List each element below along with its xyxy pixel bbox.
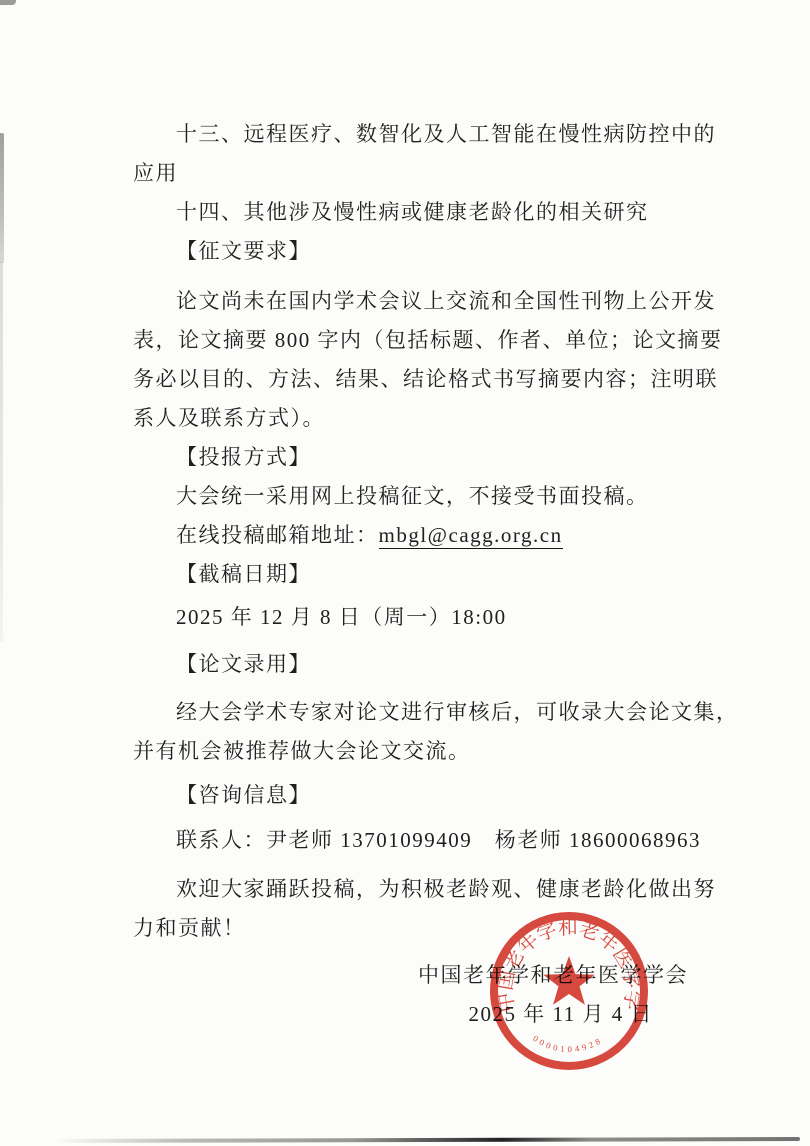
document-page: 十三、远程医疗、数智化及人工智能在慢性病防控中的应用十四、其他涉及慢性病或健康老… [0, 0, 810, 1146]
contact-line: 联系人：尹老师 13701099409 杨老师 18600068963 [133, 821, 713, 860]
text-line: 论文尚未在国内学术会议上交流和全国性刊物上公开发 [133, 282, 713, 321]
section-heading-submission: 【投报方式】 [133, 438, 713, 477]
email-line: 在线投稿邮箱地址：mbgl@cagg.org.cn [133, 516, 713, 555]
text-line: 并有机会被推荐做大会论文交流。 [133, 732, 713, 771]
scan-artifact-corner [0, 0, 16, 5]
document-body: 十三、远程医疗、数智化及人工智能在慢性病防控中的应用十四、其他涉及慢性病或健康老… [133, 115, 713, 1034]
section-heading-requirements: 【征文要求】 [133, 232, 713, 271]
text-line: 经大会学术专家对论文进行审核后，可收录大会论文集， [133, 693, 713, 732]
signature-date: 2025 年 11 月 4 日 [133, 995, 713, 1034]
text-line: 十四、其他涉及慢性病或健康老龄化的相关研究 [133, 193, 713, 232]
scan-artifact-bottom-edge [55, 1137, 800, 1143]
scan-artifact-left-edge-faint [0, 262, 3, 642]
text-line: 表，论文摘要 800 字内（包括标题、作者、单位；论文摘要 [133, 321, 713, 360]
email-label: 在线投稿邮箱地址： [176, 523, 379, 547]
submission-email-link[interactable]: mbgl@cagg.org.cn [379, 523, 563, 549]
scan-artifact-left-edge [0, 133, 4, 263]
text-line: 系人及联系方式）。 [133, 399, 713, 438]
text-line: 十三、远程医疗、数智化及人工智能在慢性病防控中的 [133, 115, 713, 154]
text-line: 欢迎大家踊跃投稿，为积极老龄观、健康老龄化做出努 [133, 870, 713, 909]
deadline-date: 2025 年 12 月 8 日（周一）18:00 [133, 598, 713, 637]
section-heading-deadline: 【截稿日期】 [133, 555, 713, 594]
section-heading-contact: 【咨询信息】 [133, 776, 713, 815]
section-heading-acceptance: 【论文录用】 [133, 645, 713, 684]
text-line: 应用 [133, 154, 713, 193]
text-line: 力和贡献！ [133, 909, 713, 948]
seal-serial-number: 0000104928 [531, 1033, 605, 1054]
text-line: 务必以目的、方法、结果、结论格式书写摘要内容；注明联 [133, 360, 713, 399]
text-line: 大会统一采用网上投稿征文，不接受书面投稿。 [133, 477, 713, 516]
signature-org: 中国老年学和老年医学学会 [133, 956, 713, 995]
